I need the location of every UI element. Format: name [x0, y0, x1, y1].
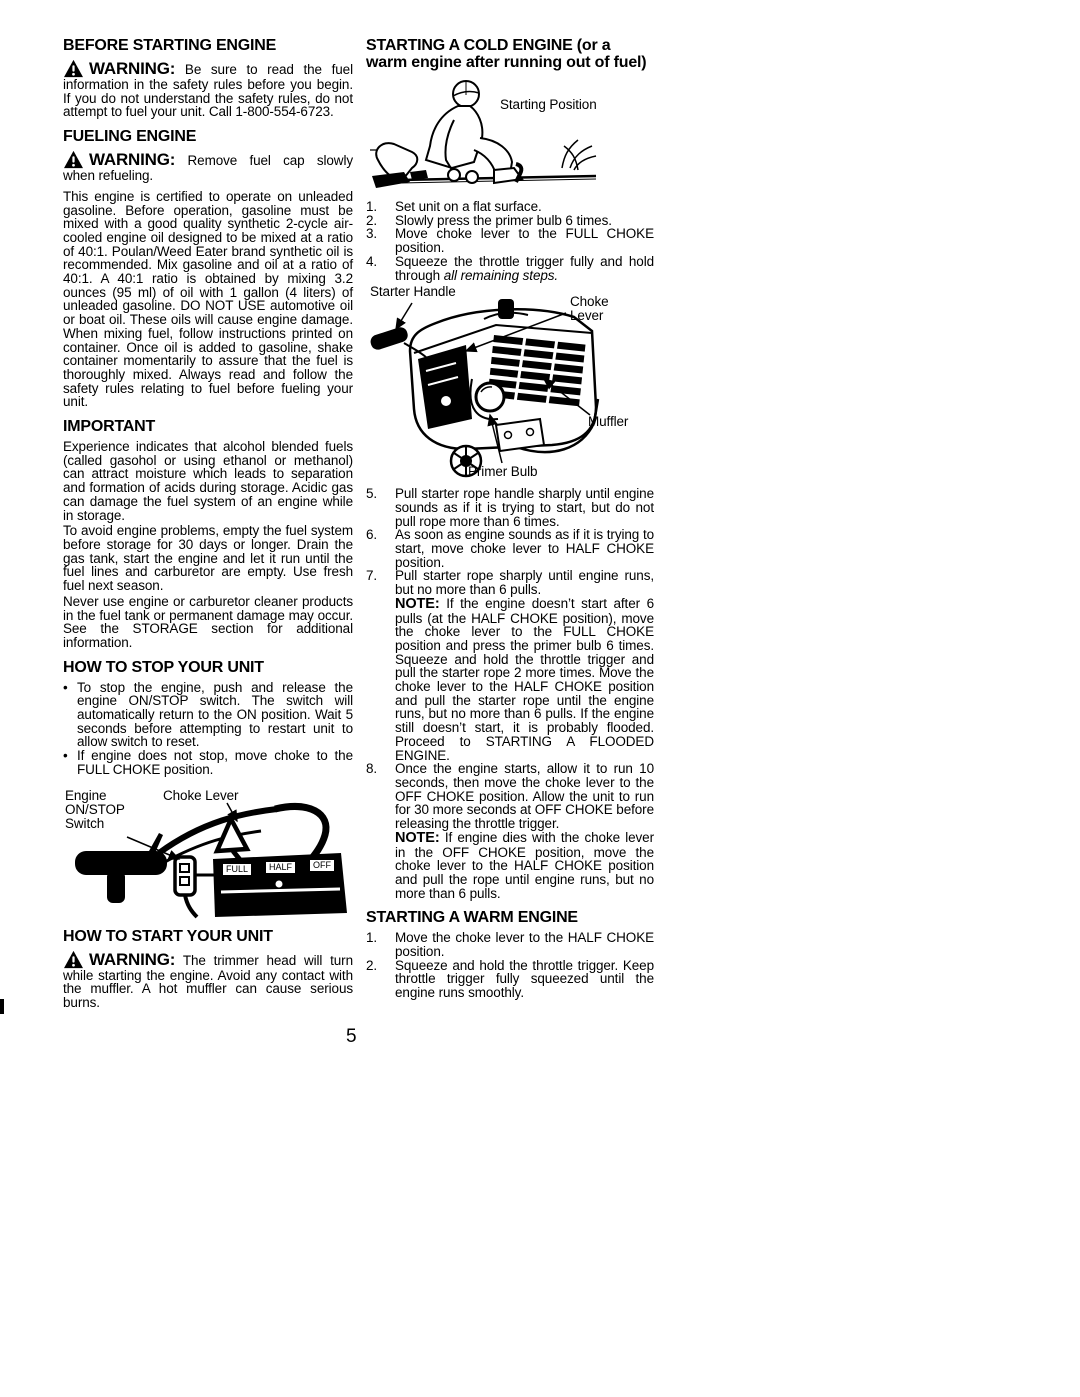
- label-muffler: Muffler: [588, 415, 628, 429]
- step-text: Pull starter rope handle sharply until e…: [395, 487, 654, 528]
- panel-off-label: OFF: [310, 860, 334, 871]
- warning-triangle-icon: [63, 950, 84, 969]
- heading-how-to-stop: HOW TO STOP YOUR UNIT: [63, 659, 353, 676]
- cold-start-steps-5-8: 5.Pull starter rope handle sharply until…: [366, 487, 654, 900]
- fueling-paragraph: This engine is certified to operate on u…: [63, 190, 353, 409]
- starting-position-drawing: [366, 76, 654, 196]
- figure-onstop-switch: Engine ON/STOP Switch Choke Lever FULL H…: [63, 787, 353, 919]
- warning-trimmer-head: WARNING: The trimmer head will turn whil…: [63, 950, 353, 1010]
- figure-starting-position: Starting Position: [366, 76, 654, 196]
- step-number: 8.: [366, 762, 395, 831]
- important-paragraph-3: Never use engine or carburetor cleaner p…: [63, 595, 353, 650]
- label-choke-lever: Choke Lever: [570, 295, 609, 323]
- plant-shape: [562, 140, 596, 170]
- step-text: Squeeze and hold the throttle trigger. K…: [395, 959, 654, 1000]
- step-item: 5.Pull starter rope handle sharply until…: [366, 487, 654, 528]
- warning-label: WARNING:: [89, 950, 175, 969]
- step-text: Once the engine starts, allow it to run …: [395, 762, 654, 831]
- step-item: 2.Slowly press the primer bulb 6 times.: [366, 214, 654, 228]
- trimmer-engine-shape: [372, 143, 428, 188]
- step-number: 1.: [366, 931, 395, 958]
- step-text: Slowly press the primer bulb 6 times.: [395, 214, 654, 228]
- warning-label: WARNING:: [89, 59, 175, 78]
- important-paragraph-1: Experience indicates that alcohol blende…: [63, 440, 353, 522]
- note-label: NOTE:: [395, 596, 440, 612]
- step-number: 7.: [366, 569, 395, 596]
- panel-full-label: FULL: [223, 864, 251, 875]
- figure-engine-closeup: Starter Handle Choke Lever Muffler Prime…: [366, 287, 654, 484]
- heading-warm-engine: STARTING A WARM ENGINE: [366, 909, 654, 926]
- heading-before-starting-engine: BEFORE STARTING ENGINE: [63, 37, 353, 54]
- step-item: 8.Once the engine starts, allow it to ru…: [366, 762, 654, 831]
- manual-page: BEFORE STARTING ENGINE WARNING: Be sure …: [0, 0, 1080, 1397]
- warning-fuel-info: WARNING: Be sure to read the fuel inform…: [63, 59, 353, 119]
- page-number: 5: [346, 1026, 357, 1048]
- heading-fueling-engine: FUELING ENGINE: [63, 128, 353, 145]
- step-text: Move the choke lever to the HALF CHOKE p…: [395, 931, 654, 958]
- step-text: Squeeze the throttle trigger fully and h…: [395, 255, 654, 282]
- label-choke-lever: Choke Lever: [163, 789, 238, 803]
- warm-start-steps: 1.Move the choke lever to the HALF CHOKE…: [366, 931, 654, 1000]
- heading-how-to-start: HOW TO START YOUR UNIT: [63, 928, 353, 945]
- note-text: If the engine doesn’t start after 6 pull…: [395, 596, 654, 763]
- right-column: STARTING A COLD ENGINE (or a warm engine…: [366, 37, 654, 1000]
- heading-important: IMPORTANT: [63, 418, 353, 435]
- stop-bullet-1: • To stop the engine, push and release t…: [63, 681, 353, 750]
- label-starter-handle: Starter Handle: [370, 285, 456, 299]
- step-number: 3.: [366, 227, 395, 254]
- choke-lever-shape: [217, 819, 247, 861]
- step-number: 2.: [366, 959, 395, 1000]
- step-text-italic: all remaining steps.: [444, 268, 558, 283]
- stop-bullet-2: • If engine does not stop, move choke to…: [63, 749, 353, 776]
- step-item: 4.Squeeze the throttle trigger fully and…: [366, 255, 654, 282]
- note-after-step-8: NOTE: If engine dies with the choke leve…: [395, 831, 654, 901]
- step-item: 2.Squeeze and hold the throttle trigger.…: [366, 959, 654, 1000]
- stop-bullet-text: If engine does not stop, move choke to t…: [77, 749, 353, 776]
- step-number: 2.: [366, 214, 395, 228]
- step-number: 1.: [366, 200, 395, 214]
- step-text: Pull starter rope sharply until engine r…: [395, 569, 654, 596]
- engine-closeup-drawing: [366, 287, 654, 484]
- bullet-glyph: •: [63, 681, 77, 750]
- warning-triangle-icon: [63, 59, 84, 78]
- left-column: BEFORE STARTING ENGINE WARNING: Be sure …: [63, 37, 353, 1017]
- label-primer-bulb: Primer Bulb: [468, 465, 537, 479]
- label-engine-onstop-switch: Engine ON/STOP Switch: [65, 789, 125, 831]
- step-text: As soon as engine sounds as if it is try…: [395, 528, 654, 569]
- note-after-step-7: NOTE: If the engine doesn’t start after …: [395, 597, 654, 762]
- note-label: NOTE:: [395, 830, 440, 846]
- important-paragraph-2: To avoid engine problems, empty the fuel…: [63, 524, 353, 593]
- step-number: 4.: [366, 255, 395, 282]
- panel-half-label: HALF: [266, 862, 295, 873]
- onstop-switch-shape: [175, 857, 197, 917]
- step-item: 3.Move choke lever to the FULL CHOKE pos…: [366, 227, 654, 254]
- warning-fuel-cap: WARNING: Remove fuel cap slowly when ref…: [63, 150, 353, 183]
- cold-start-steps-1-4: 1.Set unit on a flat surface. 2.Slowly p…: [366, 200, 654, 282]
- step-number: 5.: [366, 487, 395, 528]
- trimmer-handle-shape: [75, 833, 167, 903]
- step-number: 6.: [366, 528, 395, 569]
- step-item: 6.As soon as engine sounds as if it is t…: [366, 528, 654, 569]
- mount-plate-shape: [496, 419, 544, 451]
- heading-cold-engine: STARTING A COLD ENGINE (or a warm engine…: [366, 37, 654, 71]
- bullet-glyph: •: [63, 749, 77, 776]
- step-item: 7.Pull starter rope sharply until engine…: [366, 569, 654, 596]
- label-starting-position: Starting Position: [500, 98, 597, 112]
- scan-artifact-mark: [0, 999, 4, 1014]
- step-text: Set unit on a flat surface.: [395, 200, 654, 214]
- step-item: 1.Set unit on a flat surface.: [366, 200, 654, 214]
- stop-bullet-text: To stop the engine, push and release the…: [77, 681, 353, 750]
- warning-label: WARNING:: [89, 150, 175, 169]
- step-item: 1.Move the choke lever to the HALF CHOKE…: [366, 931, 654, 958]
- step-text: Move choke lever to the FULL CHOKE posit…: [395, 227, 654, 254]
- warning-triangle-icon: [63, 150, 84, 169]
